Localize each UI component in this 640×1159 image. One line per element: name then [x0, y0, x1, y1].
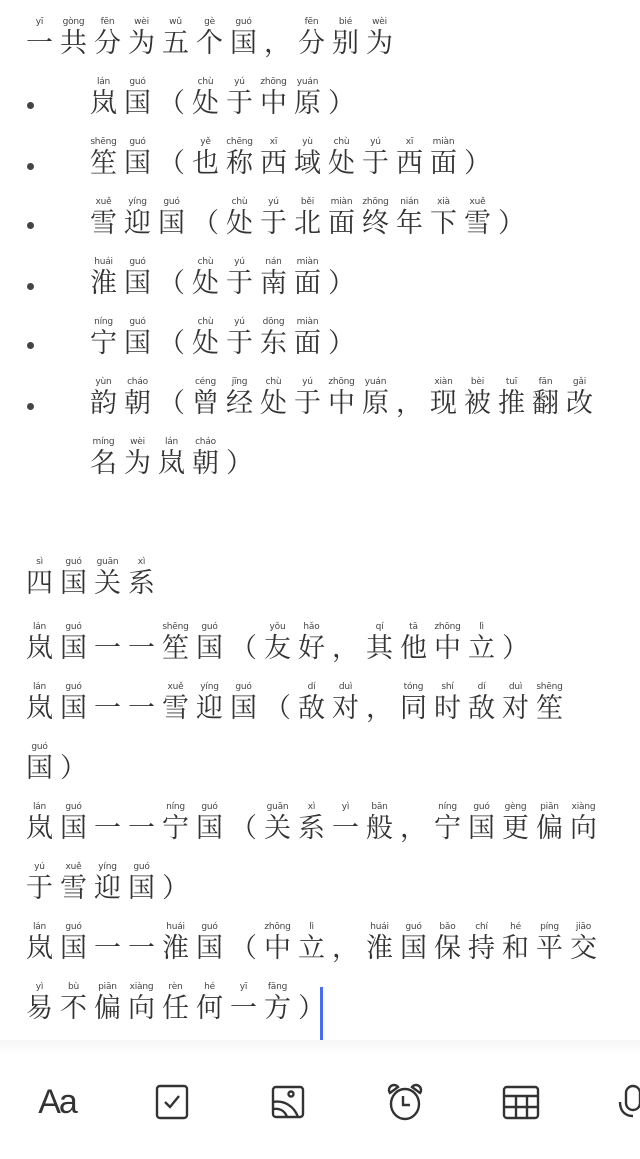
pinyin: bān: [371, 802, 387, 813]
pinyin: yī: [36, 17, 43, 28]
ruby-char: （: [156, 377, 187, 420]
ruby-char: xiàng向: [568, 802, 599, 845]
ruby-char: yùn韵: [88, 377, 119, 420]
hanzi: （: [158, 388, 185, 420]
hanzi: ）: [328, 88, 355, 120]
hanzi: 国: [60, 813, 87, 845]
relation-line: lán岚guó国一一níng宁guó国（guān关xì系yì一bān般，níng…: [24, 802, 602, 845]
checklist-button[interactable]: [150, 1080, 194, 1124]
ruby-char: ）: [326, 77, 357, 120]
hanzi: 原: [362, 388, 389, 420]
ruby-char: （: [156, 257, 187, 300]
ruby-char: lán岚: [88, 77, 119, 120]
ruby-char: guó国: [58, 622, 89, 665]
ruby-char: 一: [92, 802, 123, 845]
pinyin: hé: [204, 982, 215, 993]
hanzi: 敌: [298, 693, 325, 725]
ruby-char: 一: [92, 622, 123, 665]
ruby-char: níng宁: [432, 802, 463, 845]
relation-line: lán岚guó国一一shēng笙guó国（yǒu友hǎo好，qí其tā他zhōn…: [24, 622, 534, 665]
ruby-char: miàn面: [292, 317, 323, 360]
hanzi: 平: [536, 933, 563, 965]
ruby-char: hé和: [500, 922, 531, 965]
ruby-char: guó国: [58, 557, 89, 600]
pinyin: guó: [31, 742, 47, 753]
hanzi: 一: [94, 633, 121, 665]
pinyin: bié: [339, 17, 352, 28]
hanzi: 五: [162, 28, 189, 60]
ruby-char: guó国: [194, 802, 225, 845]
hanzi: 国: [60, 568, 87, 600]
hanzi: （: [158, 328, 185, 360]
ruby-char: piān偏: [92, 982, 123, 1025]
hanzi: 国: [196, 933, 223, 965]
list-item-continuation: míng名wèi为lán岚cháo朝）: [88, 437, 258, 480]
hanzi: 处: [226, 208, 253, 240]
ruby-char: 一: [126, 622, 157, 665]
hanzi: ，: [332, 933, 359, 965]
ruby-char: guān关: [92, 557, 123, 600]
hanzi: 面: [294, 328, 321, 360]
pinyin: yú: [34, 862, 45, 873]
hanzi: 面: [294, 268, 321, 300]
pinyin: qí: [376, 622, 384, 633]
hanzi: 面: [430, 148, 457, 180]
hanzi: （: [158, 88, 185, 120]
ruby-char: níng宁: [88, 317, 119, 360]
ruby-char: qí其: [364, 622, 395, 665]
hanzi: 于: [362, 148, 389, 180]
ruby-char: guó国: [126, 862, 157, 905]
pinyin: guó: [65, 802, 81, 813]
hanzi: 国: [26, 753, 53, 785]
ruby-char: ，: [330, 922, 361, 965]
hanzi: 雪: [60, 873, 87, 905]
pinyin: xiàn: [434, 377, 452, 388]
hanzi: 岚: [26, 813, 53, 845]
ruby-char: （: [228, 922, 259, 965]
hanzi: 下: [430, 208, 457, 240]
pinyin: guó: [65, 922, 81, 933]
ruby-char: chù处: [224, 197, 255, 240]
ruby-char: dōng东: [258, 317, 289, 360]
ruby-char: shēng笙: [160, 622, 191, 665]
ruby-char: cháo朝: [122, 377, 153, 420]
pinyin: guó: [201, 922, 217, 933]
hanzi: 国: [124, 328, 151, 360]
ruby-char: lì立: [466, 622, 497, 665]
hanzi: 笙: [162, 633, 189, 665]
pinyin: zhōng: [264, 922, 290, 933]
pinyin: miàn: [331, 197, 353, 208]
ruby-char: yǒu友: [262, 622, 293, 665]
hanzi: 向: [570, 813, 597, 845]
hanzi: 推: [498, 388, 525, 420]
pinyin: jīng: [232, 377, 248, 388]
ruby-char: shēng笙: [534, 682, 565, 725]
hanzi: 淮: [366, 933, 393, 965]
pinyin: xuě: [470, 197, 486, 208]
pinyin: zhōng: [362, 197, 388, 208]
ruby-char: gǎi改: [564, 377, 595, 420]
pinyin: guó: [129, 77, 145, 88]
pinyin: xuě: [66, 862, 82, 873]
hanzi: 对: [332, 693, 359, 725]
hanzi: ）: [162, 873, 189, 905]
ruby-char: bǎo保: [432, 922, 463, 965]
hanzi: 翻: [532, 388, 559, 420]
ruby-char: xī西: [394, 137, 425, 180]
ruby-char: chù处: [190, 317, 221, 360]
pinyin: xī: [406, 137, 413, 148]
pinyin: sì: [36, 557, 43, 568]
pinyin: guó: [235, 17, 251, 28]
hanzi: （: [230, 933, 257, 965]
ruby-char: lán岚: [24, 922, 55, 965]
pinyin: lán: [33, 622, 46, 633]
hanzi: 于: [294, 388, 321, 420]
pinyin: chù: [334, 137, 350, 148]
hanzi: 岚: [90, 88, 117, 120]
pinyin: bèi: [471, 377, 484, 388]
pinyin: lán: [97, 77, 110, 88]
relation-line: lán岚guó国一一xuě雪yíng迎guó国（dí敌duì对，tóng同shí…: [24, 682, 568, 725]
pinyin: miàn: [297, 317, 319, 328]
ruby-char: ，: [364, 682, 395, 725]
hanzi: 和: [502, 933, 529, 965]
note-editor[interactable]: yī一gòng共fēn分wèi为wǔ五gè个guó国，fēn分bié别wèi为 …: [0, 0, 640, 1040]
hanzi: 对: [502, 693, 529, 725]
ruby-char: zhōng终: [360, 197, 391, 240]
hanzi: 一: [26, 28, 53, 60]
hanzi: 好: [298, 633, 325, 665]
hanzi: 一: [94, 933, 121, 965]
ruby-char: jiāo交: [568, 922, 599, 965]
hanzi: 于: [226, 88, 253, 120]
ruby-char: 一: [126, 922, 157, 965]
ruby-char: yù域: [292, 137, 323, 180]
ruby-char: duì对: [500, 682, 531, 725]
toolbar-divider: [0, 1040, 640, 1054]
ruby-char: ，: [394, 377, 425, 420]
pinyin: yú: [234, 257, 245, 268]
ruby-char: xī西: [258, 137, 289, 180]
hanzi: 现: [430, 388, 457, 420]
pinyin: guó: [405, 922, 421, 933]
ruby-char: guó国: [228, 682, 259, 725]
hanzi: 笙: [536, 693, 563, 725]
pinyin: xì: [308, 802, 315, 813]
ruby-char: guó国: [228, 17, 259, 60]
ruby-char: guó国: [122, 317, 153, 360]
pinyin: guó: [129, 137, 145, 148]
ruby-char: huái淮: [364, 922, 395, 965]
hanzi: 于: [26, 873, 53, 905]
hanzi: 处: [260, 388, 287, 420]
hanzi: ）: [328, 268, 355, 300]
pinyin: fāng: [268, 982, 287, 993]
ruby-char: hé何: [194, 982, 225, 1025]
ruby-char: yú于: [258, 197, 289, 240]
ruby-char: yíng迎: [194, 682, 225, 725]
hanzi: 更: [502, 813, 529, 845]
hanzi: （: [264, 693, 291, 725]
ruby-char: chù处: [258, 377, 289, 420]
voice-button[interactable]: [612, 1080, 640, 1124]
hanzi: ）: [226, 448, 253, 480]
hanzi: 于: [226, 268, 253, 300]
ruby-char: xià下: [428, 197, 459, 240]
ruby-char: níng宁: [160, 802, 191, 845]
ruby-char: guó国: [194, 622, 225, 665]
pinyin: lán: [33, 682, 46, 693]
hanzi: 一: [94, 693, 121, 725]
text-format-icon: Aa: [38, 1083, 76, 1122]
alarm-clock-icon: [385, 1082, 425, 1122]
hanzi: （: [192, 208, 219, 240]
ruby-char: ）: [326, 317, 357, 360]
ruby-char: xuě雪: [88, 197, 119, 240]
hanzi: 敌: [468, 693, 495, 725]
pinyin: guó: [129, 257, 145, 268]
list-item: xuě雪yíng迎guó国（chù处yú于běi北miàn面zhōng终nián…: [88, 197, 530, 240]
pinyin: tā: [409, 622, 418, 633]
ruby-char: bié别: [330, 17, 361, 60]
ruby-char: nán南: [258, 257, 289, 300]
hanzi: 雪: [90, 208, 117, 240]
hanzi: 雪: [162, 693, 189, 725]
ruby-char: rèn任: [160, 982, 191, 1025]
ruby-char: gèng更: [500, 802, 531, 845]
hanzi: （: [230, 633, 257, 665]
hanzi: 韵: [90, 388, 117, 420]
hanzi: 称: [226, 148, 253, 180]
ruby-char: běi北: [292, 197, 323, 240]
pinyin: níng: [438, 802, 457, 813]
ruby-char: gòng共: [58, 17, 89, 60]
ruby-char: ）: [160, 862, 191, 905]
ruby-char: 一: [126, 802, 157, 845]
ruby-char: píng平: [534, 922, 565, 965]
pinyin: xiàng: [130, 982, 154, 993]
ruby-char: guān关: [262, 802, 293, 845]
microphone-icon: [614, 1082, 640, 1122]
hanzi: 中: [328, 388, 355, 420]
pinyin: guó: [129, 317, 145, 328]
hanzi: 中: [264, 933, 291, 965]
hanzi: 为: [124, 448, 151, 480]
ruby-char: lán岚: [24, 622, 55, 665]
pinyin: fān: [539, 377, 553, 388]
pinyin: guó: [65, 622, 81, 633]
ruby-char: guó国: [122, 137, 153, 180]
hanzi: 国: [196, 633, 223, 665]
hanzi: 国: [128, 873, 155, 905]
ruby-char: cháo朝: [190, 437, 221, 480]
pinyin: chù: [198, 317, 214, 328]
pinyin: tuī: [506, 377, 517, 388]
ruby-char: guó国: [156, 197, 187, 240]
ruby-char: duì对: [330, 682, 361, 725]
hanzi: 分: [298, 28, 325, 60]
ruby-char: yú于: [292, 377, 323, 420]
ruby-char: zhōng中: [432, 622, 463, 665]
pinyin: lì: [309, 922, 314, 933]
ruby-char: yě也: [190, 137, 221, 180]
hanzi: 原: [294, 88, 321, 120]
pinyin: yú: [302, 377, 313, 388]
hanzi: 国: [158, 208, 185, 240]
hanzi: 朝: [192, 448, 219, 480]
pinyin: píng: [540, 922, 559, 933]
pinyin: cháo: [127, 377, 148, 388]
hanzi: 西: [396, 148, 423, 180]
hanzi: 笙: [90, 148, 117, 180]
ruby-char: （: [190, 197, 221, 240]
hanzi: 国: [124, 88, 151, 120]
pinyin: níng: [94, 317, 113, 328]
list-item: huái淮guó国（chù处yú于nán南miàn面）: [88, 257, 360, 300]
pinyin: tóng: [404, 682, 424, 693]
hanzi: 西: [260, 148, 287, 180]
hanzi: 保: [434, 933, 461, 965]
bullet-dot: [27, 102, 34, 109]
hanzi: 中: [260, 88, 287, 120]
pinyin: chí: [475, 922, 488, 933]
hanzi: 处: [192, 328, 219, 360]
ruby-char: yī一: [24, 17, 55, 60]
pinyin: dí: [478, 682, 486, 693]
pinyin: guó: [201, 622, 217, 633]
pinyin: guó: [235, 682, 251, 693]
pinyin: yíng: [98, 862, 116, 873]
bullet-dot: [27, 163, 34, 170]
hanzi: 雪: [464, 208, 491, 240]
pinyin: duì: [339, 682, 352, 693]
ruby-char: yú于: [360, 137, 391, 180]
pinyin: lán: [33, 802, 46, 813]
hanzi: 其: [366, 633, 393, 665]
hanzi: 立: [298, 933, 325, 965]
text-format-button[interactable]: Aa: [35, 1080, 79, 1124]
section-heading: sì四guó国guān关xì系: [24, 557, 160, 600]
ruby-char: bèi被: [462, 377, 493, 420]
ruby-char: fēn分: [296, 17, 327, 60]
ruby-char: fān翻: [530, 377, 561, 420]
bullet-dot: [27, 342, 34, 349]
ruby-char: guó国: [466, 802, 497, 845]
hanzi: ）: [60, 753, 87, 785]
pinyin: bù: [68, 982, 79, 993]
hanzi: 关: [264, 813, 291, 845]
pinyin: míng: [93, 437, 115, 448]
pinyin: cháo: [195, 437, 216, 448]
ruby-char: chù处: [326, 137, 357, 180]
pinyin: wèi: [372, 17, 387, 28]
ruby-char: céng曾: [190, 377, 221, 420]
ruby-char: （: [262, 682, 293, 725]
pinyin: chēng: [226, 137, 253, 148]
ruby-char: ）: [224, 437, 255, 480]
hanzi: 别: [332, 28, 359, 60]
bullet-dot: [27, 403, 34, 410]
hanzi: 国: [60, 933, 87, 965]
pinyin: zhōng: [434, 622, 460, 633]
ruby-char: tā他: [398, 622, 429, 665]
hanzi: 国: [468, 813, 495, 845]
ruby-char: miàn面: [326, 197, 357, 240]
pinyin: shí: [441, 682, 453, 693]
list-item: shēng笙guó国（yě也chēng称xī西yù域chù处yú于xī西miàn…: [88, 137, 496, 180]
hanzi: 年: [396, 208, 423, 240]
list-item: lán岚guó国（chù处yú于zhōng中yuán原）: [88, 77, 360, 120]
hanzi: 任: [162, 993, 189, 1025]
hanzi: ）: [498, 208, 525, 240]
pinyin: chù: [198, 77, 214, 88]
pinyin: wèi: [130, 437, 145, 448]
pinyin: wèi: [134, 17, 149, 28]
ruby-char: chí持: [466, 922, 497, 965]
pinyin: chù: [232, 197, 248, 208]
pinyin: lán: [165, 437, 178, 448]
pinyin: yě: [200, 137, 210, 148]
ruby-char: guó国: [122, 257, 153, 300]
hanzi: 向: [128, 993, 155, 1025]
pinyin: bǎo: [439, 922, 455, 933]
hanzi: 四: [26, 568, 53, 600]
pinyin: yú: [234, 77, 245, 88]
pinyin: hé: [510, 922, 521, 933]
ruby-char: ）: [58, 742, 89, 785]
ruby-char: shí时: [432, 682, 463, 725]
ruby-char: guó国: [194, 922, 225, 965]
hanzi: 共: [60, 28, 87, 60]
hanzi: 个: [196, 28, 223, 60]
hanzi: 国: [124, 148, 151, 180]
pinyin: huái: [370, 922, 389, 933]
image-button[interactable]: [266, 1080, 310, 1124]
hanzi: 岚: [26, 633, 53, 665]
relation-line-continuation: guó国）: [24, 742, 92, 785]
list-item: níng宁guó国（chù处yú于dōng东miàn面）: [88, 317, 360, 360]
ruby-char: xuě雪: [462, 197, 493, 240]
hanzi: 东: [260, 328, 287, 360]
pinyin: duì: [509, 682, 522, 693]
ruby-char: dí敌: [466, 682, 497, 725]
hanzi: ，: [332, 633, 359, 665]
hanzi: 被: [464, 388, 491, 420]
ruby-char: sì四: [24, 557, 55, 600]
hanzi: 交: [570, 933, 597, 965]
hanzi: 处: [192, 88, 219, 120]
hanzi: （: [158, 148, 185, 180]
ruby-char: wǔ五: [160, 17, 191, 60]
pinyin: guó: [65, 557, 81, 568]
hanzi: 国: [230, 28, 257, 60]
ruby-char: zhōng中: [258, 77, 289, 120]
ruby-char: yú于: [224, 257, 255, 300]
pinyin: níng: [166, 802, 185, 813]
pinyin: dōng: [263, 317, 285, 328]
ruby-char: shēng笙: [88, 137, 119, 180]
pinyin: yì: [36, 982, 43, 993]
reminder-button[interactable]: [383, 1080, 427, 1124]
ruby-char: ）: [496, 197, 527, 240]
pinyin: shēng: [536, 682, 562, 693]
ruby-char: （: [156, 77, 187, 120]
table-button[interactable]: [499, 1080, 543, 1124]
hanzi: ，: [264, 28, 291, 60]
